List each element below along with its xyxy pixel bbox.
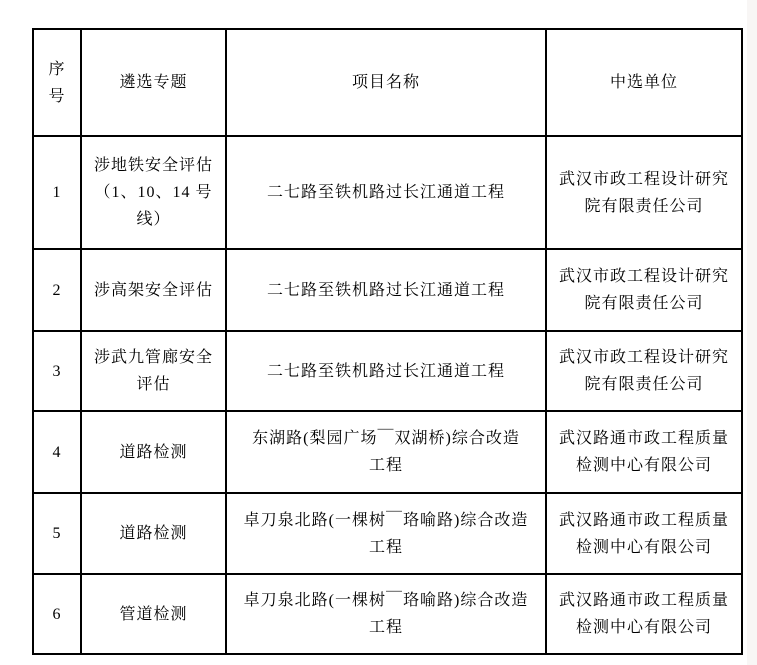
project-cell: 卓刀泉北路(一棵树￣珞喻路)综合改造 工程 [226,493,546,574]
topic-cell: 涉武九管廊安全 评估 [81,331,226,411]
project-cell: 卓刀泉北路(一棵树￣珞喻路)综合改造 工程 [226,574,546,654]
seq-cell: 6 [33,574,81,654]
header-row: 序 号 遴选专题 项目名称 中选单位 [33,29,742,136]
project-cell: 东湖路(梨园广场￣双湖桥)综合改造 工程 [226,411,546,493]
seq-cell: 1 [33,136,81,249]
table-row: 5 道路检测 卓刀泉北路(一棵树￣珞喻路)综合改造 工程 武汉路通市政工程质量 … [33,493,742,574]
topic-cell: 道路检测 [81,493,226,574]
unit-cell: 武汉市政工程设计研究 院有限责任公司 [546,136,742,249]
column-header-index: 序 号 [33,29,81,136]
table-row: 6 管道检测 卓刀泉北路(一棵树￣珞喻路)综合改造 工程 武汉路通市政工程质量 … [33,574,742,654]
seq-cell: 4 [33,411,81,493]
table-row: 4 道路检测 东湖路(梨园广场￣双湖桥)综合改造 工程 武汉路通市政工程质量 检… [33,411,742,493]
seq-cell: 2 [33,249,81,331]
seq-cell: 5 [33,493,81,574]
unit-cell: 武汉路通市政工程质量 检测中心有限公司 [546,493,742,574]
project-cell: 二七路至铁机路过长江通道工程 [226,136,546,249]
scan-edge-shade [747,0,757,665]
selection-results-table: 序 号 遴选专题 项目名称 中选单位 1 涉地铁安全评估 （1、10、14 号线… [32,28,743,655]
seq-cell: 3 [33,331,81,411]
column-header-unit: 中选单位 [546,29,742,136]
table-row: 1 涉地铁安全评估 （1、10、14 号线） 二七路至铁机路过长江通道工程 武汉… [33,136,742,249]
project-cell: 二七路至铁机路过长江通道工程 [226,249,546,331]
unit-cell: 武汉市政工程设计研究 院有限责任公司 [546,331,742,411]
unit-cell: 武汉路通市政工程质量 检测中心有限公司 [546,574,742,654]
unit-cell: 武汉路通市政工程质量 检测中心有限公司 [546,411,742,493]
topic-cell: 涉高架安全评估 [81,249,226,331]
unit-cell: 武汉市政工程设计研究 院有限责任公司 [546,249,742,331]
topic-cell: 管道检测 [81,574,226,654]
document-page: 序 号 遴选专题 项目名称 中选单位 1 涉地铁安全评估 （1、10、14 号线… [0,0,757,665]
table-row: 3 涉武九管廊安全 评估 二七路至铁机路过长江通道工程 武汉市政工程设计研究 院… [33,331,742,411]
topic-cell: 涉地铁安全评估 （1、10、14 号线） [81,136,226,249]
column-header-project: 项目名称 [226,29,546,136]
column-header-topic: 遴选专题 [81,29,226,136]
table-row: 2 涉高架安全评估 二七路至铁机路过长江通道工程 武汉市政工程设计研究 院有限责… [33,249,742,331]
topic-cell: 道路检测 [81,411,226,493]
project-cell: 二七路至铁机路过长江通道工程 [226,331,546,411]
